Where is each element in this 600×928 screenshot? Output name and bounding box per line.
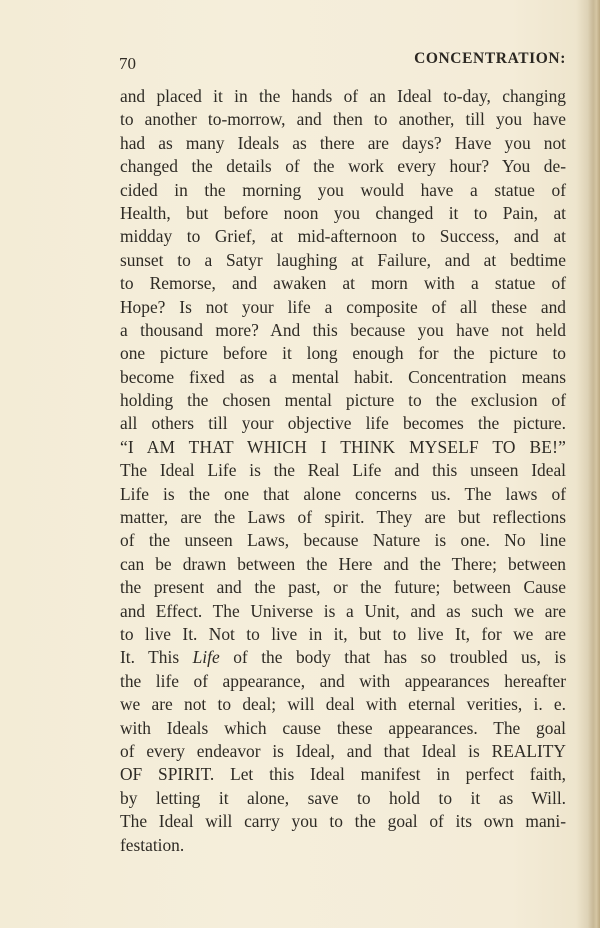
text-line: the present and the past, or the future;…: [120, 576, 566, 599]
text-line: can be drawn between the Here and the Th…: [120, 553, 566, 576]
text-line: Hope? Is not your life a composite of al…: [120, 296, 566, 319]
text-segment: of the body that has so troubled us, is: [220, 647, 566, 667]
text-line: OF SPIRIT. Let this Ideal manifest in pe…: [120, 763, 566, 786]
quoted-affirmation: “I AM THAT WHICH I THINK MYSELF TO BE!”: [120, 436, 566, 459]
text-line: festation.: [120, 834, 566, 857]
text-line: to Remorse, and awaken at morn with a st…: [120, 272, 566, 295]
text-line: by letting it alone, save to hold to it …: [120, 787, 566, 810]
text-line: we are not to deal; will deal with etern…: [120, 693, 566, 716]
text-segment: It. This: [120, 647, 193, 667]
text-line: and placed it in the hands of an Ideal t…: [120, 85, 566, 108]
text-line: of the unseen Laws, because Nature is on…: [120, 529, 566, 552]
italic-word: Life: [193, 647, 220, 667]
body-text: and placed it in the hands of an Ideal t…: [120, 85, 566, 857]
running-head: 70 CONCENTRATION:: [119, 50, 566, 72]
text-line: of every endeavor is Ideal, and that Ide…: [120, 740, 566, 763]
text-line: to live It. Not to live in it, but to li…: [120, 623, 566, 646]
book-page: 70 CONCENTRATION: and placed it in the h…: [0, 0, 600, 928]
text-line: a thousand more? And this because you ha…: [120, 319, 566, 342]
text-line: midday to Grief, at mid-afternoon to Suc…: [120, 225, 566, 248]
text-line: matter, are the Laws of spirit. They are…: [120, 506, 566, 529]
text-line: holding the chosen mental picture to the…: [120, 389, 566, 412]
chapter-header: CONCENTRATION:: [414, 50, 566, 68]
text-line-with-italic: It. This Life of the body that has so tr…: [120, 646, 566, 669]
page-edge-shadow: [588, 0, 600, 928]
page-number: 70: [119, 54, 136, 74]
text-line: to another to-morrow, and then to anothe…: [120, 108, 566, 131]
text-line: cided in the morning you would have a st…: [120, 179, 566, 202]
text-line: become fixed as a mental habit. Concentr…: [120, 366, 566, 389]
text-line: the life of appearance, and with appeara…: [120, 670, 566, 693]
text-line: changed the details of the work every ho…: [120, 155, 566, 178]
text-line: one picture before it long enough for th…: [120, 342, 566, 365]
text-line: The Ideal Life is the Real Life and this…: [120, 459, 566, 482]
text-line: all others till your objective life beco…: [120, 412, 566, 435]
text-line: The Ideal will carry you to the goal of …: [120, 810, 566, 833]
text-line: Life is the one that alone concerns us. …: [120, 483, 566, 506]
text-line: had as many Ideals as there are days? Ha…: [120, 132, 566, 155]
text-line: sunset to a Satyr laughing at Failure, a…: [120, 249, 566, 272]
text-line: and Effect. The Universe is a Unit, and …: [120, 600, 566, 623]
text-line: Health, but before noon you changed it t…: [120, 202, 566, 225]
text-line: with Ideals which cause these appearance…: [120, 717, 566, 740]
